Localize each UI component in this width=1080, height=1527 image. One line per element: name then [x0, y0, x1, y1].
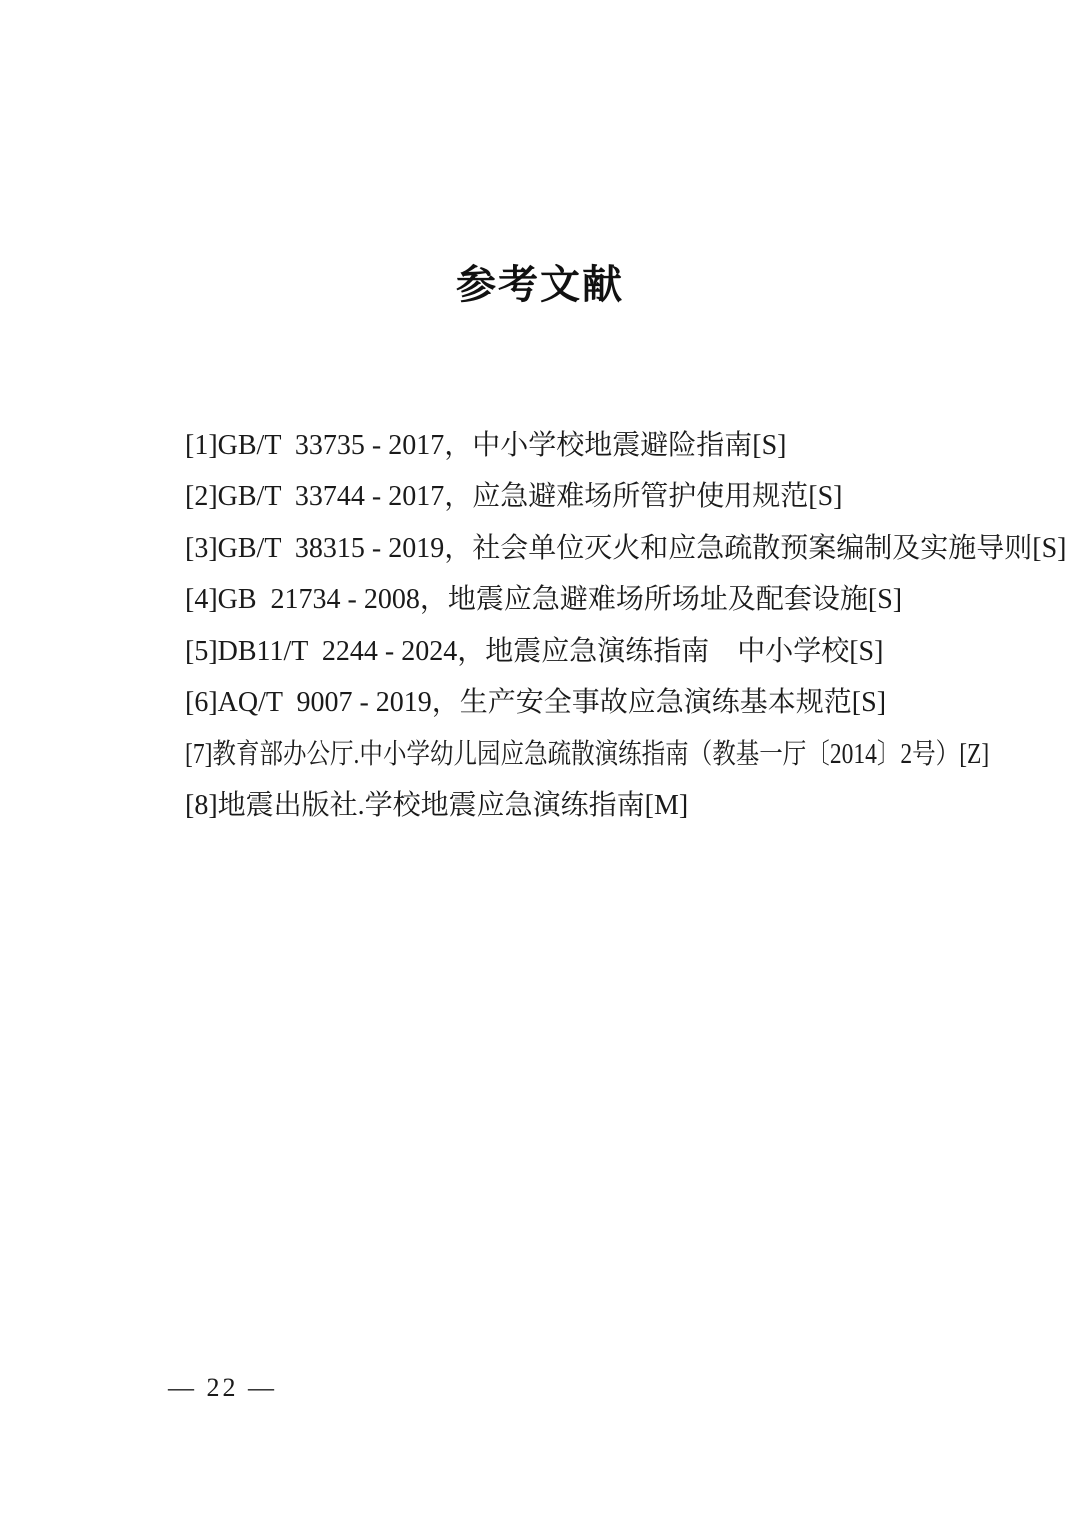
reference-text: [4]GB 21734 - 2008，地震应急避难场所场址及配套设施[S] — [185, 574, 902, 626]
reference-text: [1]GB/T 33735 - 2017，中小学校地震避险指南[S] — [185, 420, 786, 472]
page-title: 参考文献 — [0, 262, 1080, 308]
reference-text: [7]教育部办公厅.中小学幼儿园应急疏散演练指南（教基一厅〔2014〕2号）[Z… — [185, 729, 989, 781]
page-number: — 22 — — [168, 1372, 277, 1404]
reference-text: [6]AQ/T 9007 - 2019，生产安全事故应急演练基本规范[S] — [185, 677, 886, 729]
reference-text: [3]GB/T 38315 - 2019，社会单位灭火和应急疏散预案编制及实施导… — [185, 523, 1066, 575]
references-list: [1]GB/T 33735 - 2017，中小学校地震避险指南[S] [2]GB… — [143, 368, 1050, 780]
reference-text: [5]DB11/T 2244 - 2024，地震应急演练指南 中小学校[S] — [185, 626, 883, 678]
document-page: 参考文献 [1]GB/T 33735 - 2017，中小学校地震避险指南[S] … — [0, 0, 1080, 1527]
reference-text: [2]GB/T 33744 - 2017，应急避难场所管护使用规范[S] — [185, 471, 842, 523]
reference-item: [1]GB/T 33735 - 2017，中小学校地震避险指南[S] — [143, 368, 1050, 420]
reference-text: [8]地震出版社.学校地震应急演练指南[M] — [185, 780, 688, 832]
